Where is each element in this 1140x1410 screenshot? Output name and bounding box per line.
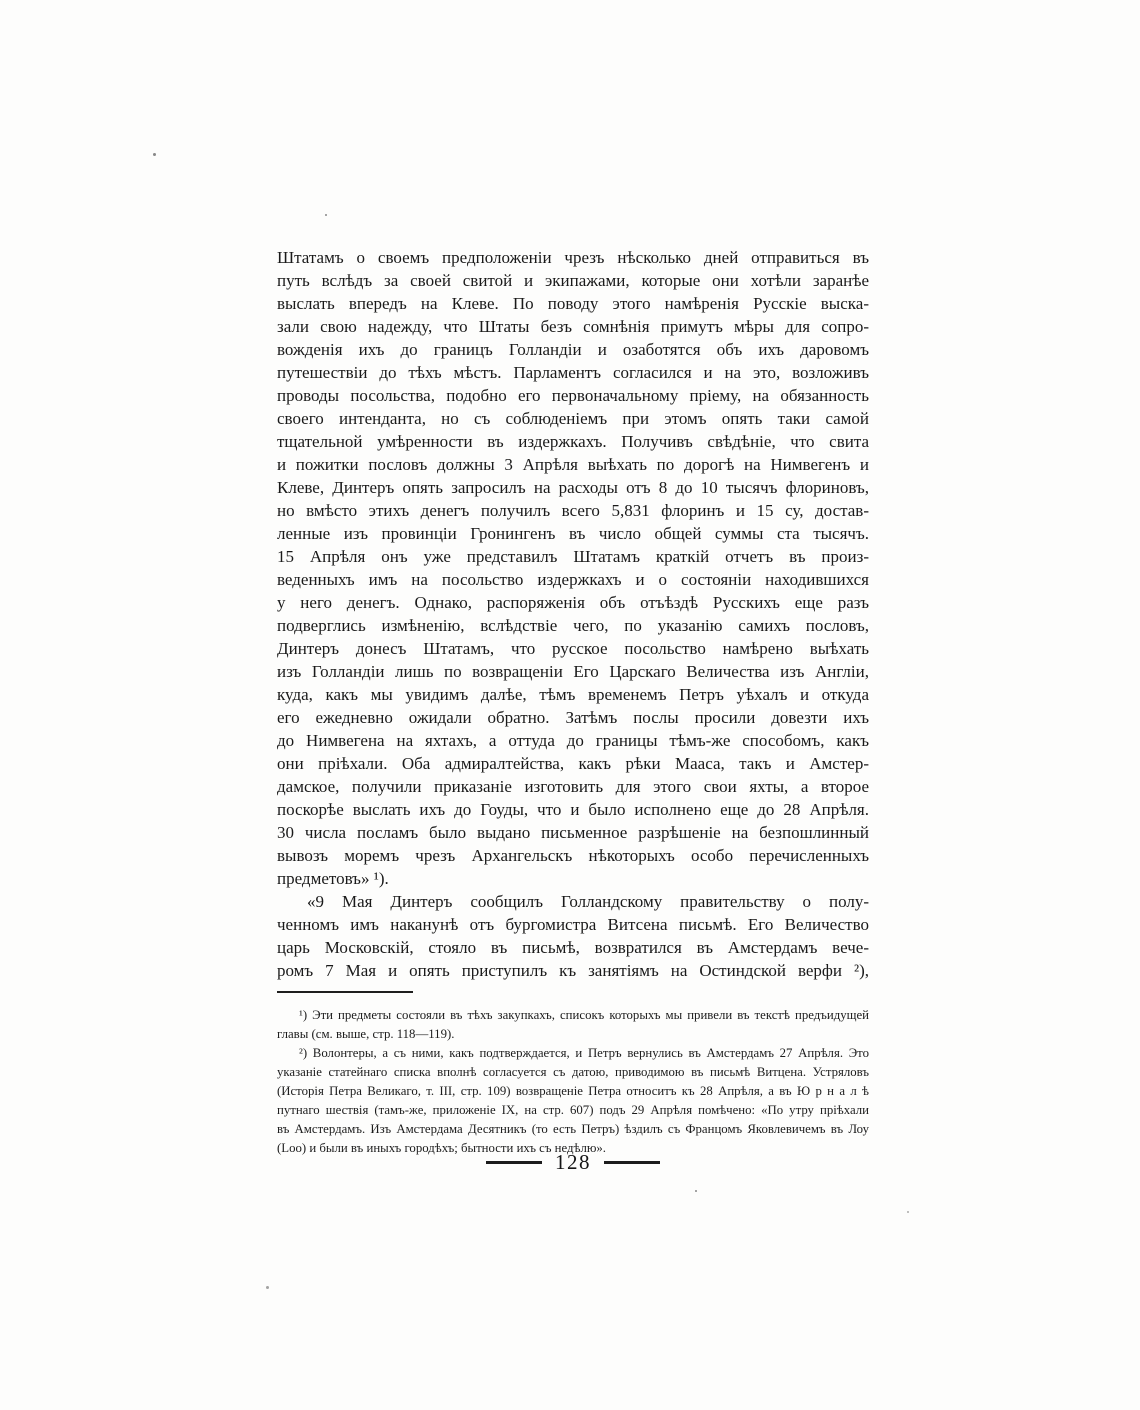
scan-speck bbox=[153, 153, 156, 156]
text-line: «9 Мая Динтеръ сообщилъ Голландскому пра… bbox=[277, 890, 869, 913]
text-line: Динтеръ донесъ Штатамъ, что русское посо… bbox=[277, 637, 869, 660]
text-line: зали свою надежду, что Штаты безъ сомнѣн… bbox=[277, 315, 869, 338]
scan-speck bbox=[325, 214, 327, 216]
text-line: ленные изъ провинціи Гронингенъ въ число… bbox=[277, 522, 869, 545]
text-line: ченномъ имъ наканунѣ отъ бургомистра Вит… bbox=[277, 913, 869, 936]
page-number-dash-left bbox=[486, 1161, 542, 1164]
scan-speck bbox=[527, 972, 529, 974]
footnote-separator bbox=[277, 991, 413, 993]
scan-speck bbox=[266, 1286, 269, 1289]
text-line: но вмѣсто этихъ денегъ получилъ всего 5,… bbox=[277, 499, 869, 522]
text-line: они пріѣхали. Оба адмиралтейства, какъ р… bbox=[277, 752, 869, 775]
text-line: подверглись измѣненію, вслѣдствіе чего, … bbox=[277, 614, 869, 637]
footnote-line: указаніе статейнаго списка вполнѣ соглас… bbox=[277, 1063, 869, 1082]
page-number-value: 128 bbox=[555, 1150, 591, 1175]
page-number-dash-right bbox=[604, 1161, 660, 1164]
footnote-line: главы (см. выше, стр. 118—119). bbox=[277, 1025, 869, 1044]
text-column: Штатамъ о своемъ предположеніи чрезъ нѣс… bbox=[277, 246, 869, 1158]
footnote-line: путнаго шествія (тамъ-же, приложеніе IX,… bbox=[277, 1101, 869, 1120]
footnote-line: ¹) Эти предметы состояли въ тѣхъ закупка… bbox=[277, 1006, 869, 1025]
text-line: вывозъ моремъ чрезъ Архангельскъ нѣкотор… bbox=[277, 844, 869, 867]
text-line: вожденія ихъ до границъ Голландіи и озаб… bbox=[277, 338, 869, 361]
text-line: ромъ 7 Мая и опять приступилъ къ занятія… bbox=[277, 959, 869, 982]
text-line: своего интенданта, но съ соблюденіемъ пр… bbox=[277, 407, 869, 430]
paragraph-1: Штатамъ о своемъ предположеніи чрезъ нѣс… bbox=[277, 246, 869, 890]
text-line: куда, какъ мы увидимъ далѣе, тѣмъ времен… bbox=[277, 683, 869, 706]
text-line: поскорѣе выслать ихъ до Гоуды, что и был… bbox=[277, 798, 869, 821]
footnote-line: ²) Волонтеры, а съ ними, какъ подтвержда… bbox=[277, 1044, 869, 1063]
text-line: Клеве, Динтеръ опять запросилъ на расход… bbox=[277, 476, 869, 499]
text-line: у него денегъ. Однако, распоряженія объ … bbox=[277, 591, 869, 614]
text-line: дамское, получили приказаніе изготовить … bbox=[277, 775, 869, 798]
footnote-line: (Исторія Петра Великаго, т. III, стр. 10… bbox=[277, 1082, 869, 1101]
paragraph-2: «9 Мая Динтеръ сообщилъ Голландскому пра… bbox=[277, 890, 869, 982]
page-number: 128 bbox=[277, 1150, 869, 1175]
text-line: его ежедневно ожидали обратно. Затѣмъ по… bbox=[277, 706, 869, 729]
text-line: веденныхъ имъ на посольство издержкахъ и… bbox=[277, 568, 869, 591]
text-line: и пожитки пословъ должны 3 Апрѣля выѣхат… bbox=[277, 453, 869, 476]
footnote-1: ¹) Эти предметы состояли въ тѣхъ закупка… bbox=[277, 1006, 869, 1044]
text-line: 15 Апрѣля онъ уже представилъ Штатамъ кр… bbox=[277, 545, 869, 568]
text-line: путешествіи до тѣхъ мѣстъ. Парламентъ со… bbox=[277, 361, 869, 384]
scan-speck bbox=[907, 1211, 909, 1213]
text-line: тщательной умѣренности въ издержкахъ. По… bbox=[277, 430, 869, 453]
text-line: изъ Голландіи лишь по возвращеніи Его Ца… bbox=[277, 660, 869, 683]
text-line: путь вслѣдъ за своей свитой и экипажами,… bbox=[277, 269, 869, 292]
text-line: 30 числа посламъ было выдано письменное … bbox=[277, 821, 869, 844]
book-page: Штатамъ о своемъ предположеніи чрезъ нѣс… bbox=[0, 0, 1140, 1410]
footnotes: ¹) Эти предметы состояли въ тѣхъ закупка… bbox=[277, 1006, 869, 1158]
text-line: Штатамъ о своемъ предположеніи чрезъ нѣс… bbox=[277, 246, 869, 269]
scan-speck bbox=[695, 1190, 697, 1192]
footnote-line: въ Амстердамъ. Изъ Амстердама Десятникъ … bbox=[277, 1120, 869, 1139]
text-line: царь Московскій, стояло въ письмѣ, возвр… bbox=[277, 936, 869, 959]
text-line: выслать впередъ на Клеве. По поводу этог… bbox=[277, 292, 869, 315]
footnote-2: ²) Волонтеры, а съ ними, какъ подтвержда… bbox=[277, 1044, 869, 1158]
text-line: до Нимвегена на яхтахъ, а оттуда до гран… bbox=[277, 729, 869, 752]
text-line: предметовъ» ¹). bbox=[277, 867, 869, 890]
text-line: проводы посольства, подобно его первонач… bbox=[277, 384, 869, 407]
